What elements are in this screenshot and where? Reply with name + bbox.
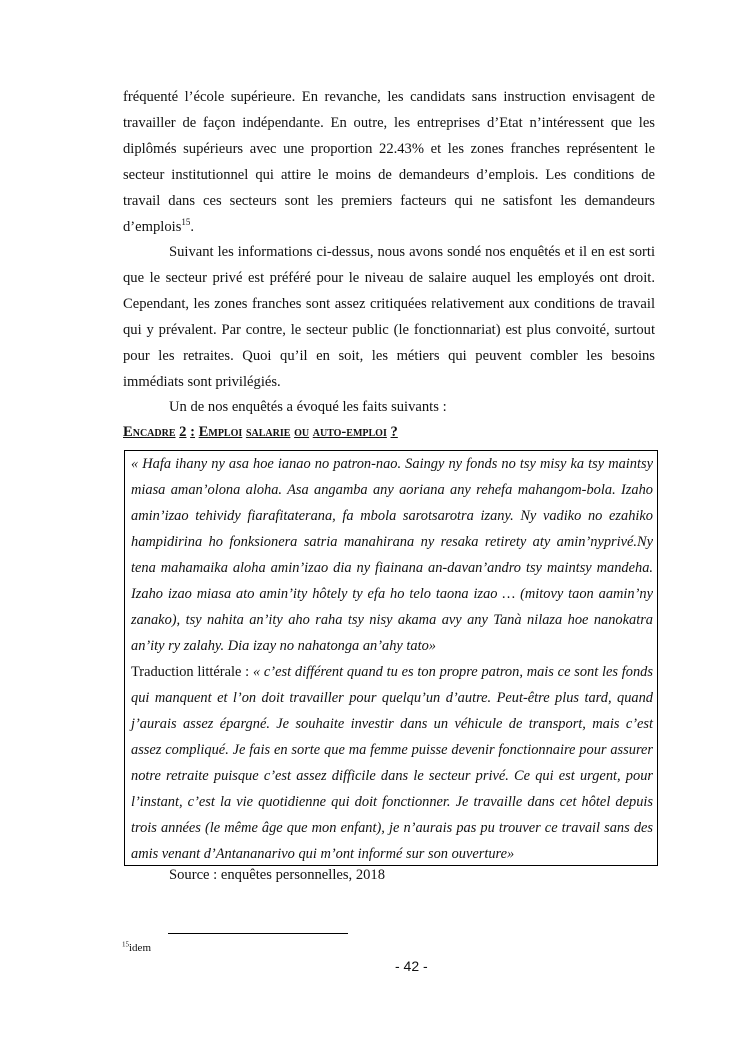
paragraph-1: fréquenté l’école supérieure. En revanch… <box>123 85 655 240</box>
quote-malagasy: « Hafa ihany ny asa hoe ianao no patron-… <box>131 451 653 659</box>
footnote-separator <box>168 933 348 934</box>
quote-malagasy-text: « Hafa ihany ny asa hoe ianao no patron-… <box>131 456 653 654</box>
encadre-word-3: ou <box>294 424 309 440</box>
footnote-number: 15 <box>122 940 129 948</box>
encadre-number: 2 <box>179 424 186 440</box>
quote-translation: Traduction littérale : « c’est différent… <box>131 659 653 867</box>
page-number: - 42 - <box>395 957 428 975</box>
encadre-label: Encadre <box>123 424 176 440</box>
encadre-title: Encadre 2 : Emploi salarie ou auto-emplo… <box>123 422 398 442</box>
encadre-word-5: ? <box>391 424 398 440</box>
translation-text: « c’est différent quand tu es ton propre… <box>131 664 653 862</box>
document-page: fréquenté l’école supérieure. En revanch… <box>0 0 745 1053</box>
footnote: 15idem <box>122 941 151 955</box>
encadre-colon: : <box>190 424 195 440</box>
encadre-box: « Hafa ihany ny asa hoe ianao no patron-… <box>124 450 658 866</box>
encadre-word-1: Emploi <box>199 424 243 440</box>
encadre-word-4: auto-emploi <box>313 424 387 440</box>
paragraph-3-text: Un de nos enquêtés a évoqué les faits su… <box>123 395 655 421</box>
translation-label: Traduction littérale : <box>131 664 253 680</box>
encadre-word-2: salarie <box>246 424 290 440</box>
paragraph-2: Suivant les informations ci-dessus, nous… <box>123 240 655 395</box>
paragraph-1-end: . <box>190 219 194 235</box>
paragraph-3: Un de nos enquêtés a évoqué les faits su… <box>123 395 655 421</box>
encadre-source: Source : enquêtes personnelles, 2018 <box>169 864 385 886</box>
paragraph-1-text: fréquenté l’école supérieure. En revanch… <box>123 89 655 235</box>
footnote-text: idem <box>129 942 151 954</box>
paragraph-2-text: Suivant les informations ci-dessus, nous… <box>123 240 655 395</box>
